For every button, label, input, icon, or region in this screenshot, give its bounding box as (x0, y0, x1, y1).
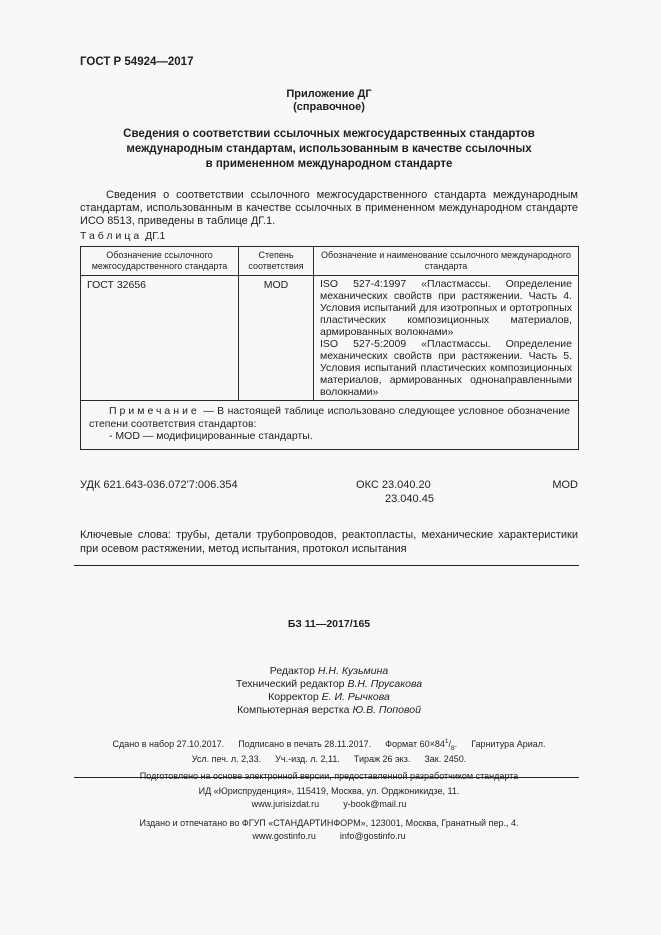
colophon-line-1: Сдано в набор 27.10.2017.Подписано в печ… (40, 736, 618, 754)
classification-codes: УДК 621.643-036.072'7:006.354 ОКС 23.040… (80, 478, 578, 506)
table-note-cell: Примечание — В настоящей таблице использ… (81, 401, 579, 450)
appendix-kind: (справочное) (80, 101, 578, 114)
credit-role: Технический редактор (236, 678, 348, 690)
colophon-zak: Зак. 2450. (424, 754, 466, 764)
credit-editor: Редактор Н.Н. Кузьмина (80, 665, 578, 678)
note-item-mod: - MOD — модифицированные стандарты. (89, 430, 570, 443)
header-gost-designation: Обозначение ссылочного межгосударственно… (81, 247, 239, 276)
credit-role: Корректор (268, 691, 321, 703)
table-caption-label: Таблица (80, 230, 142, 242)
publisher-id-website: www.jurisizdat.ru (252, 799, 320, 809)
mod-mark: MOD (552, 478, 578, 492)
note-label: Примечание (109, 405, 200, 417)
credit-name: Ю.В. Поповой (352, 704, 421, 716)
credit-name: Н.Н. Кузьмина (318, 665, 388, 677)
publisher-print-website: www.gostinfo.ru (252, 831, 316, 841)
header-degree: Степень соответствия (239, 247, 314, 276)
bz-code: БЗ 11—2017/165 (80, 618, 578, 630)
title-line-2: международным стандартам, использованным… (80, 142, 578, 157)
title-line-1: Сведения о соответствии ссылочных межгос… (80, 127, 578, 142)
table-header-row: Обозначение ссылочного межгосударственно… (81, 247, 579, 276)
appendix-heading: Приложение ДГ (справочное) (80, 88, 578, 114)
colophon-line-2: Усл. печ. л. 2,33.Уч.-изд. л. 2,11.Тираж… (40, 754, 618, 765)
divider-rule-bottom (74, 777, 579, 778)
credit-proofreader: Корректор Е. И. Рычкова (80, 691, 578, 704)
colophon-set-date: Сдано в набор 27.10.2017. (112, 739, 224, 749)
title-line-3: в примененном международном стандарте (80, 157, 578, 172)
colophon-format: Формат 60×841/8. (385, 739, 457, 749)
credit-name: Е. И. Рычкова (322, 691, 390, 703)
table-note-row: Примечание — В настоящей таблице использ… (81, 401, 579, 450)
credit-role: Компьютерная верстка (237, 704, 352, 716)
keywords-paragraph: Ключевые слова: трубы, детали трубопрово… (80, 528, 578, 556)
colophon-usl: Усл. печ. л. 2,33. (192, 754, 261, 764)
correspondence-table: Обозначение ссылочного межгосударственно… (80, 246, 579, 450)
table-caption: Таблица ДГ.1 (80, 230, 165, 242)
header-iso-designation: Обозначение и наименование ссылочного ме… (314, 247, 579, 276)
colophon-signed-date: Подписано в печать 28.11.2017. (238, 739, 371, 749)
cell-gost-number: ГОСТ 32656 (81, 276, 239, 401)
publisher-print-contacts: www.gostinfo.ruinfo@gostinfo.ru (40, 830, 618, 843)
note-paragraph: Примечание — В настоящей таблице использ… (89, 405, 570, 430)
iso-standard-2: ISO 527-5:2009 «Пластмассы. Определение … (320, 338, 572, 398)
page-title: Сведения о соответствии ссылочных межгос… (80, 127, 578, 172)
colophon-uch: Уч.-изд. л. 2,11. (275, 754, 340, 764)
cell-iso-standards: ISO 527-4:1997 «Пластмассы. Определение … (314, 276, 579, 401)
publisher-print-email: info@gostinfo.ru (340, 831, 406, 841)
credit-name: В.Н. Прусакова (347, 678, 422, 690)
table-row: ГОСТ 32656 MOD ISO 527-4:1997 «Пластмасс… (81, 276, 579, 401)
divider-rule-top (74, 565, 579, 566)
udk-code: УДК 621.643-036.072'7:006.354 (80, 478, 238, 492)
publisher-id-contacts: www.jurisizdat.ruy-book@mail.ru (40, 798, 618, 811)
colophon-typeface: Гарнитура Ариал. (471, 739, 545, 749)
oks-codes: ОКС 23.040.20 23.040.45 (356, 478, 434, 506)
oks-line-1: ОКС 23.040.20 (356, 478, 434, 492)
publisher-id-line: ИД «Юриспруденция», 115419, Москва, ул. … (40, 785, 618, 798)
colophon-tirazh: Тираж 26 экз. (354, 754, 410, 764)
colophon-block: Сдано в набор 27.10.2017.Подписано в печ… (40, 736, 618, 782)
document-page: ГОСТ Р 54924—2017 Приложение ДГ (справоч… (0, 0, 661, 935)
doc-number: ГОСТ Р 54924—2017 (80, 56, 193, 68)
credit-technical-editor: Технический редактор В.Н. Прусакова (80, 678, 578, 691)
intro-paragraph: Сведения о соответствии ссылочного межго… (80, 189, 578, 228)
oks-line-2: 23.040.45 (385, 492, 434, 506)
table-caption-number: ДГ.1 (145, 230, 165, 242)
credit-layout: Компьютерная верстка Ю.В. Поповой (80, 704, 578, 717)
appendix-label: Приложение ДГ (80, 88, 578, 101)
publisher-block: ИД «Юриспруденция», 115419, Москва, ул. … (40, 785, 618, 843)
credit-role: Редактор (270, 665, 318, 677)
cell-degree: MOD (239, 276, 314, 401)
publisher-id-email: y-book@mail.ru (343, 799, 406, 809)
publisher-print-line: Издано и отпечатано во ФГУП «СТАНДАРТИНФ… (40, 817, 618, 830)
iso-standard-1: ISO 527-4:1997 «Пластмассы. Определение … (320, 278, 572, 338)
credits-block: Редактор Н.Н. Кузьмина Технический редак… (80, 665, 578, 717)
